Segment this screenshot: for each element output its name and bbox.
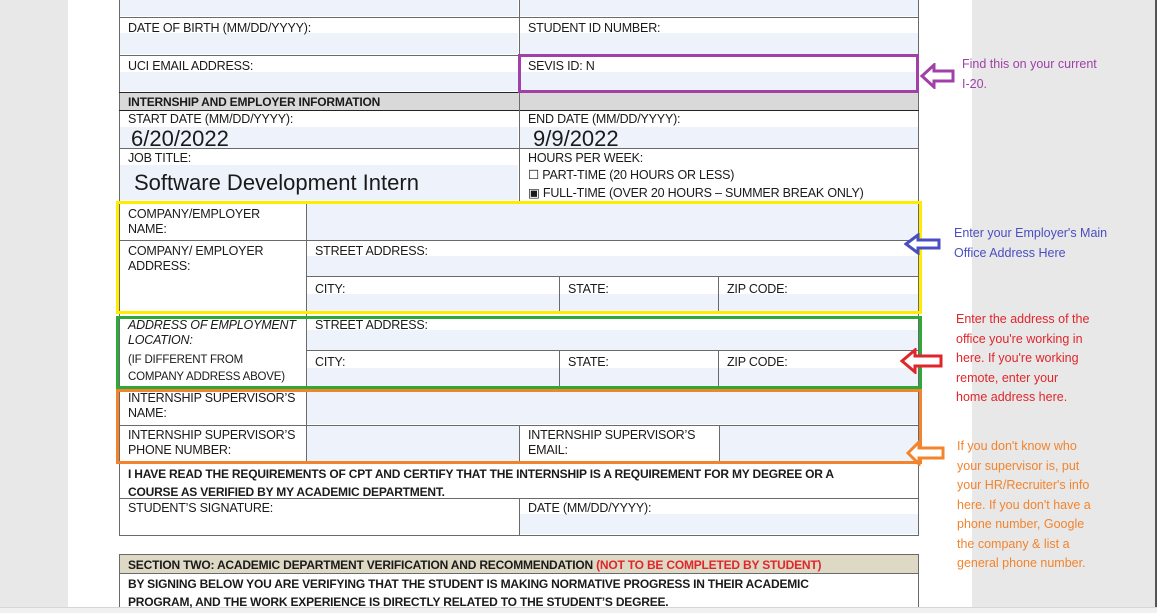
employer-arrow-icon	[904, 233, 942, 255]
supervisor-note-line5: phone number, Google	[957, 515, 1091, 535]
end-date-value[interactable]: 9/9/2022	[533, 128, 619, 150]
job-title-value[interactable]: Software Development Intern	[134, 172, 419, 194]
end-date-label: END DATE (MM/DD/YYYY):	[520, 110, 680, 127]
option-full-time-label: FULL-TIME (OVER 20 HOURS – SUMMER BREAK …	[543, 186, 864, 200]
uci-email-field[interactable]	[120, 72, 518, 91]
section-two-line1: BY SIGNING BELOW YOU ARE VERIFYING THAT …	[128, 575, 809, 593]
location-note-line3: here. If you're working	[956, 349, 1089, 369]
sevis-highlight	[518, 54, 919, 93]
student-signature-label: STUDENT’S SIGNATURE:	[120, 499, 273, 516]
location-arrow-icon	[900, 348, 944, 374]
supervisor-note-line7: general phone number.	[957, 554, 1091, 574]
section-two-statement: BY SIGNING BELOW YOU ARE VERIFYING THAT …	[120, 573, 809, 611]
section-two-line2: PROGRAM, AND THE WORK EXPERIENCE IS DIRE…	[128, 593, 809, 611]
employer-highlight	[116, 201, 922, 314]
option-full-time[interactable]: ▣ FULL-TIME (OVER 20 HOURS – SUMMER BREA…	[520, 184, 864, 201]
student-id-label: STUDENT ID NUMBER:	[520, 19, 660, 36]
supervisor-note: If you don't know who your supervisor is…	[957, 437, 1091, 574]
uci-email-label: UCI EMAIL ADDRESS:	[120, 57, 253, 74]
location-highlight	[116, 316, 922, 389]
supervisor-note-line3: your HR/Recruiter's info	[957, 476, 1091, 496]
supervisor-note-line6: the company & list a	[957, 535, 1091, 555]
dob-field[interactable]	[120, 33, 518, 54]
supervisor-note-line2: your supervisor is, put	[957, 457, 1091, 477]
job-title-label: JOB TITLE:	[120, 149, 191, 166]
location-note-line1: Enter the address of the	[956, 310, 1089, 330]
student-id-field[interactable]	[520, 33, 918, 54]
dob-label: DATE OF BIRTH (MM/DD/YYYY):	[120, 19, 311, 36]
employer-note: Enter your Employer's Main Office Addres…	[954, 224, 1107, 263]
start-date-label: START DATE (MM/DD/YYYY):	[120, 110, 293, 127]
supervisor-note-line1: If you don't know who	[957, 437, 1091, 457]
location-note-line2: office you're working in	[956, 330, 1089, 350]
sevis-note: Find this on your current I-20.	[962, 55, 1097, 94]
employer-note-line2: Office Address Here	[954, 244, 1107, 264]
start-date-value[interactable]: 6/20/2022	[131, 128, 229, 150]
location-note-line4: remote, enter your	[956, 369, 1089, 389]
sevis-note-line2: I-20.	[962, 75, 1097, 95]
signature-date-label: DATE (MM/DD/YYYY):	[520, 499, 651, 516]
checkbox-unchecked-icon[interactable]: ☐	[528, 168, 539, 182]
section-two-warning: (NOT TO BE COMPLETED BY STUDENT)	[596, 558, 821, 572]
internship-header: INTERNSHIP AND EMPLOYER INFORMATION	[120, 93, 380, 110]
supervisor-highlight	[116, 389, 922, 464]
location-note-line5: home address here.	[956, 388, 1089, 408]
section-two-title: SECTION TWO: ACADEMIC DEPARTMENT VERIFIC…	[128, 558, 593, 572]
sevis-note-line1: Find this on your current	[962, 55, 1097, 75]
hours-label: HOURS PER WEEK:	[520, 149, 643, 166]
supervisor-arrow-icon	[906, 440, 946, 466]
sevis-arrow-icon	[920, 63, 956, 89]
employer-note-line1: Enter your Employer's Main	[954, 224, 1107, 244]
certify-line1: I HAVE READ THE REQUIREMENTS OF CPT AND …	[128, 465, 834, 483]
top-right-field[interactable]	[520, 0, 918, 16]
supervisor-note-line4: here. If you don't have a	[957, 496, 1091, 516]
option-part-time-label: PART-TIME (20 HOURS OR LESS)	[542, 168, 734, 182]
certify-statement: I HAVE READ THE REQUIREMENTS OF CPT AND …	[120, 463, 834, 501]
location-note: Enter the address of the office you're w…	[956, 310, 1089, 408]
top-left-field[interactable]	[120, 0, 518, 16]
section-two-header: SECTION TWO: ACADEMIC DEPARTMENT VERIFIC…	[120, 556, 821, 573]
checkbox-checked-icon[interactable]: ▣	[528, 186, 540, 200]
signature-date-field[interactable]	[520, 514, 918, 534]
option-part-time[interactable]: ☐ PART-TIME (20 HOURS OR LESS)	[520, 166, 734, 183]
